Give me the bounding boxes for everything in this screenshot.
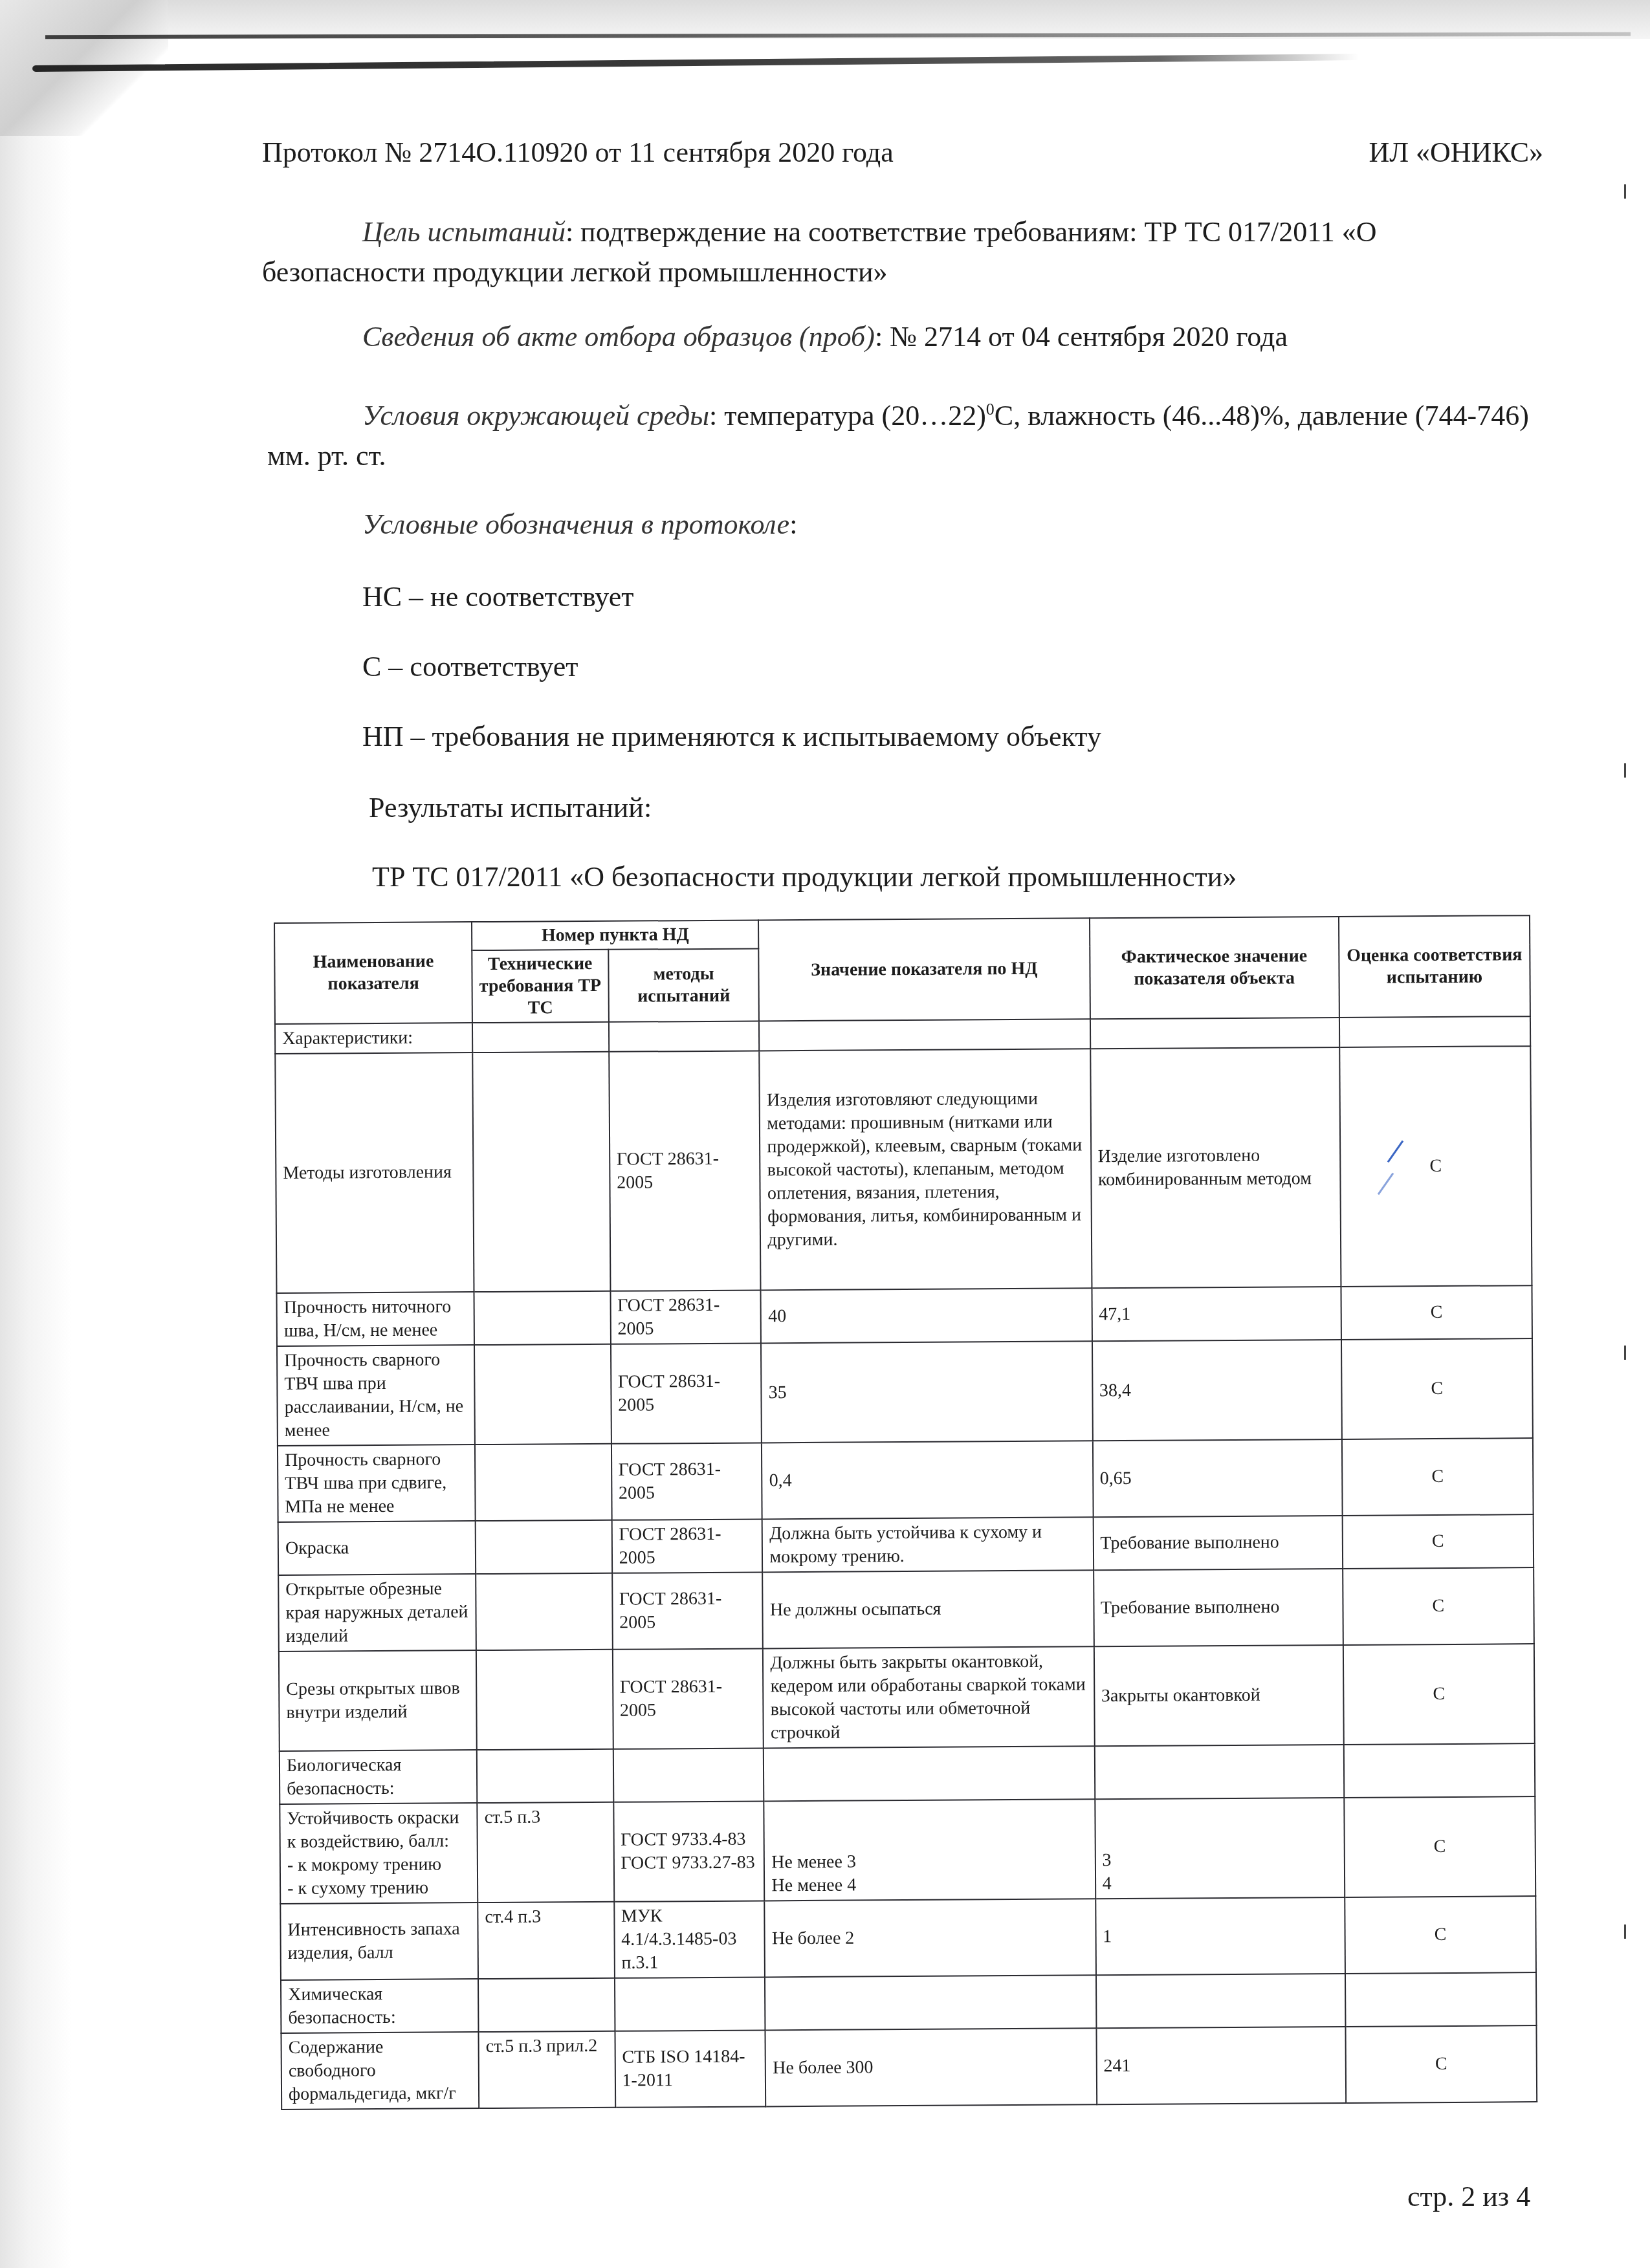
test-goal-label: Цель испытаний <box>362 216 566 248</box>
cell-method: СТБ ISO 14184-1-2011 <box>615 2030 765 2107</box>
sampling-act: Сведения об акте отбора образцов (проб):… <box>362 317 1288 357</box>
cell-tech: ст.5 п.3 <box>477 1802 613 1903</box>
cell-name-line: - к мокрому трению <box>287 1853 470 1877</box>
table-row: Прочность ниточного шва, Н/см, не менее … <box>277 1285 1532 1346</box>
cell-tech <box>476 1573 612 1650</box>
cell-actual: Требование выполнено <box>1093 1516 1343 1570</box>
cell-actual: Требование выполнено <box>1094 1569 1343 1646</box>
cell-nd: 40 <box>761 1288 1092 1343</box>
cell-name: Прочность сварного ТВЧ шва при расслаива… <box>277 1345 475 1446</box>
section-label: Химическая безопасность: <box>281 1979 479 2033</box>
cell-name: Открытые обрезные края наружных деталей … <box>278 1574 476 1652</box>
table-row: Открытые обрезные края наружных деталей … <box>278 1567 1534 1652</box>
table-row: Срезы открытых швов внутри изделий ГОСТ … <box>279 1644 1535 1751</box>
section-label: Биологическая безопасность: <box>280 1750 478 1804</box>
cell-name: Прочность ниточного шва, Н/см, не менее <box>277 1292 475 1346</box>
scan-tick <box>1624 763 1626 778</box>
table-row: Содержание свободного формальдегида, мкг… <box>281 2025 1537 2110</box>
cell-result: С <box>1342 1514 1534 1569</box>
environment-label: Условия окружающей среды <box>362 400 709 431</box>
results-table: Наименование показателя Номер пункта НД … <box>274 915 1537 2110</box>
cell-nd-line: Не менее 3 <box>771 1849 1088 1874</box>
cell-name: Содержание свободного формальдегида, мкг… <box>281 2032 479 2110</box>
cell-actual: 47,1 <box>1092 1287 1341 1341</box>
results-title: Результаты испытаний: <box>369 788 652 828</box>
cell-nd: 0,4 <box>762 1441 1093 1519</box>
scan-smear-line <box>32 54 1359 72</box>
cell-result: С <box>1345 1896 1536 1974</box>
page-number: стр. 2 из 4 <box>1407 2180 1530 2213</box>
sampling-act-text: : № 2714 от 04 сентября 2020 года <box>875 321 1288 353</box>
cell-nd-line: Не менее 4 <box>771 1872 1088 1897</box>
document-header: Протокол № 2714О.110920 от 11 сентября 2… <box>262 136 1543 169</box>
scan-tick <box>1624 184 1626 199</box>
degree-sup: 0 <box>986 400 995 419</box>
cell-name: Интенсивность запаха изделия, балл <box>280 1903 478 1980</box>
legend-colon: : <box>789 508 797 540</box>
section-row-biological: Биологическая безопасность: <box>280 1743 1535 1804</box>
cell-tech: ст.4 п.3 <box>478 1902 614 1979</box>
legend-title: Условные обозначения в протоколе: <box>362 505 797 545</box>
cell-method: МУК 4.1/4.3.1485-03 п.3.1 <box>614 1901 765 1978</box>
cell-tech <box>476 1650 613 1750</box>
table-row: Окраска ГОСТ 28631-2005 Должна быть усто… <box>278 1514 1534 1575</box>
table-row: Интенсивность запаха изделия, балл ст.4 … <box>280 1896 1536 1980</box>
section-row-chemical: Химическая безопасность: <box>281 1972 1536 2033</box>
cell-method: ГОСТ 28631-2005 <box>610 1290 761 1344</box>
scan-tick <box>1624 1346 1626 1360</box>
cell-actual: 1 <box>1095 1897 1345 1975</box>
protocol-number: Протокол № 2714О.110920 от 11 сентября 2… <box>262 136 894 169</box>
cell-name: Методы изготовления <box>275 1052 474 1293</box>
cell-result: С <box>1342 1438 1534 1516</box>
header-actual: Фактическое значение показателя объекта <box>1089 917 1339 1019</box>
cell-actual-line: 3 <box>1102 1848 1337 1872</box>
scan-tick <box>1624 1925 1626 1939</box>
cell-actual: Закрыты окантовкой <box>1094 1645 1343 1746</box>
cell-tech: ст.5 п.3 прил.2 <box>479 2031 615 2108</box>
header-tech-req: Технические требования ТР ТС <box>472 950 608 1023</box>
cell-method: ГОСТ 28631-2005 <box>612 1572 763 1649</box>
cell-result: С <box>1343 1567 1534 1645</box>
table-row: Прочность сварного ТВЧ шва при сдвиге, М… <box>278 1438 1534 1522</box>
cell-tech <box>476 1520 612 1574</box>
regulation-title: ТР ТС 017/2011 «О безопасности продукции… <box>372 857 1237 897</box>
cell-name: Устойчивость окраски к воздействию, балл… <box>280 1803 478 1904</box>
cell-name: Срезы открытых швов внутри изделий <box>279 1650 477 1751</box>
cell-actual-line: 4 <box>1103 1871 1338 1895</box>
cell-method: ГОСТ 28631-2005 <box>611 1519 762 1573</box>
cell-nd: Не более 300 <box>765 2028 1097 2106</box>
cell-result: С <box>1345 2025 1537 2103</box>
cell-actual: 3 4 <box>1095 1798 1345 1899</box>
cell-method-line: ГОСТ 9733.27-83 <box>621 1851 757 1875</box>
cell-tech <box>474 1344 611 1445</box>
page-fold-edge <box>0 0 71 2268</box>
table-header-row: Наименование показателя Номер пункта НД … <box>274 915 1530 952</box>
cell-name: Окраска <box>278 1521 476 1575</box>
cell-actual: 38,4 <box>1092 1340 1341 1441</box>
legend-item-nc: НС – не соответствует <box>362 577 633 617</box>
cell-nd: Должна быть устойчива к сухому и мокрому… <box>762 1517 1094 1572</box>
cell-nd: Должны быть закрыты окантовкой, кедером … <box>763 1646 1094 1748</box>
header-nd-value: Значение показателя по НД <box>758 918 1090 1021</box>
environment-conditions: Условия окружающей среды: температура (2… <box>267 389 1561 476</box>
table-row: Устойчивость окраски к воздействию, балл… <box>280 1796 1535 1904</box>
cell-method: ГОСТ 28631-2005 <box>611 1343 762 1443</box>
cell-name-line: Устойчивость окраски к воздействию, балл… <box>287 1806 470 1854</box>
cell-tech <box>472 1052 610 1292</box>
sampling-act-label: Сведения об акте отбора образцов (проб) <box>362 321 875 353</box>
cell-method: ГОСТ 28631-2005 <box>609 1051 761 1291</box>
cell-result: С <box>1341 1285 1532 1340</box>
cell-result: С <box>1343 1644 1535 1745</box>
lab-name: ИЛ «ОНИКС» <box>1369 136 1543 169</box>
cell-name-line: - к сухому трению <box>287 1876 470 1901</box>
cell-nd: Не должны осыпаться <box>763 1570 1094 1648</box>
section-label: Характеристики: <box>275 1023 472 1054</box>
cell-result: С <box>1341 1338 1533 1439</box>
header-name: Наименование показателя <box>274 922 472 1024</box>
cell-nd: 35 <box>761 1341 1092 1443</box>
cell-actual: 241 <box>1096 2027 1346 2104</box>
cell-result: С <box>1344 1796 1535 1897</box>
cell-actual: 0,65 <box>1092 1439 1342 1517</box>
cell-tech <box>474 1291 611 1345</box>
cell-nd: Изделия изготовляют следующими методами:… <box>760 1049 1092 1290</box>
environment-text: : температура (20…22) <box>709 400 986 431</box>
cell-nd: Не более 2 <box>765 1899 1096 1977</box>
header-methods: методы испытаний <box>608 948 759 1021</box>
header-assessment: Оценка соответствия испытанию <box>1339 915 1530 1018</box>
cell-method: ГОСТ 28631-2005 <box>611 1443 762 1520</box>
legend-item-c: С – соответствует <box>362 647 578 687</box>
cell-name: Прочность сварного ТВЧ шва при сдвиге, М… <box>278 1445 476 1522</box>
cell-method: ГОСТ 9733.4-83 ГОСТ 9733.27-83 <box>613 1801 765 1901</box>
test-goal: Цель испытаний: подтверждение на соответ… <box>262 212 1543 292</box>
cell-tech <box>475 1444 611 1521</box>
table-row: Прочность сварного ТВЧ шва при расслаива… <box>277 1338 1533 1446</box>
legend-title-text: Условные обозначения в протоколе <box>362 508 789 540</box>
legend-item-np: НП – требования не применяются к испытыв… <box>362 717 1101 757</box>
cell-result: С <box>1339 1046 1532 1287</box>
cell-method: ГОСТ 28631-2005 <box>612 1648 764 1749</box>
cell-method-line: ГОСТ 9733.4-83 <box>621 1827 757 1851</box>
table-row: Методы изготовления ГОСТ 28631-2005 Изде… <box>275 1046 1532 1293</box>
header-nd-group: Номер пункта НД <box>472 920 758 950</box>
cell-nd: Не менее 3 Не менее 4 <box>764 1799 1095 1901</box>
cell-actual: Изделие изготовлено комбинированным мето… <box>1090 1047 1341 1288</box>
